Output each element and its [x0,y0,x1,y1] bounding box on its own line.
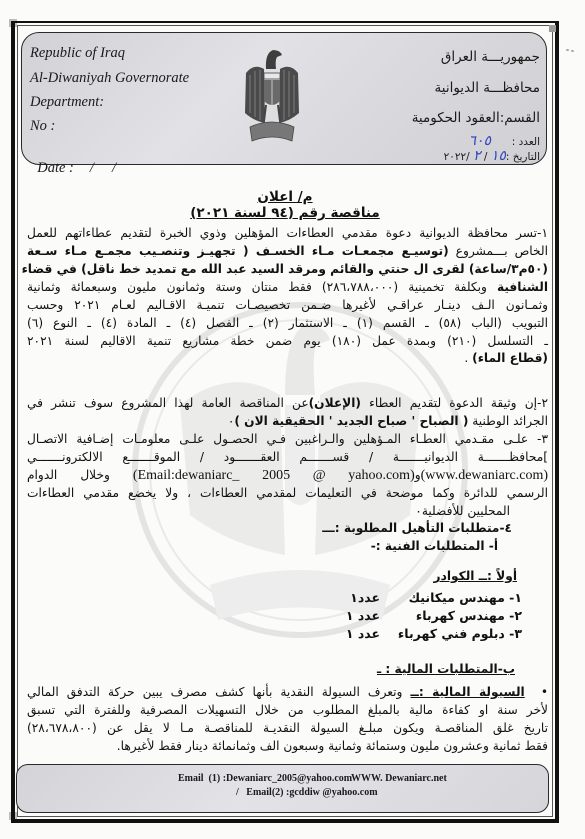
paragraph1-line: ١-تسر محافظة الديوانية دعوة مقدمي العطاء… [27,224,548,242]
project-name-bold: (توسيـع مجمعـات مـاء الخسـف ( تجهيـز وتن… [27,244,449,258]
paragraph3-line: (www.dewaniarc.com)و(Email:dewaniarc_ 20… [27,466,548,484]
paragraph2-line: ٢-إن وثيقة الدعوة لتقديم العطاء (الإعلان… [27,394,548,412]
district-name-bold: الشنافية [497,280,548,294]
financial-line: فقط ثمانية وعشرون مليون وستمائة وثمانية … [117,737,548,755]
header-date-month-handwritten: ٢ [473,148,481,164]
footer-email-2[interactable]: Email(2) :gcddiw @yahoo.com [246,787,377,798]
header-date-label-en: Date : [37,160,74,176]
paragraph1-line: التبويب (الباب (٥٨) ـ القسم (١) ـ الاستث… [27,314,548,332]
text-run: ٢-إن وثيقة الدعوة لتقديم العطاء [361,396,548,410]
paragraph1-line: (قطاع الماء) . [464,349,548,367]
text-run: وخلال الدوام [27,468,110,482]
requirements-heading: ٤-متطلبات التأهيل المطلوبة :ـــ [322,519,512,537]
estimated-cost: وبكلفة تخمينية (٢٨٦،٧٨٨،٠٠٠) فقط منتان و… [27,280,497,294]
header-country-ar: جمهوريـــة العراق [441,48,540,66]
financial-line: • السيولة المالية :ــ وتعرف السيولة النق… [27,683,548,701]
text-run: الجرائد الوطنية [468,414,548,428]
financial-line: تاريخ غلق المناقصـة ويكون مبلـغ السيولة … [27,719,548,737]
tender-title: مناقصة رقم (٩٤ لسنة ٢٠٢١) [185,204,385,222]
website-link[interactable]: (www.dewaniarc.com) [421,468,548,483]
text-run: . [464,351,472,365]
announcement-bold: (الإعلان) [309,396,361,410]
project-scope-bold: (٥٠م٣/ساعة) لقرى ال حنتي والقائم ومرقد ا… [22,262,548,276]
text-run: وثمـانون الـف دينـار عراقـي لأغيرها ضـمن… [27,298,548,312]
staff-heading: أولاً :ــ الكوادر [434,567,517,585]
header-country-en: Republic of Iraq [30,44,125,62]
text-run: ـ التسلسل (٢١٠) وبمدة عمل (١٨٠) يوم ضمن … [27,334,548,348]
header-governorate-en: Al-Diwaniyah Governorate [30,69,189,87]
sector-bold: (قطاع الماء) [472,351,548,365]
bullet-icon: • [541,685,548,699]
frame-corner-shadow [549,25,556,32]
paragraph1-line: وثمـانون الـف دينـار عراقـي لأغيرها ضـمن… [27,296,548,314]
header-department-ar: القسم:العقود الحكومية [412,109,540,127]
staff-item: ٢- مهندس كهرباء عدد ١ [346,607,522,625]
technical-requirements-heading: أ- المتطلبات الفنية :- [371,537,498,555]
financial-line: لأخر سنة او كفاءة مالية بالمبلغ المطلوب … [27,701,548,719]
staff-count: عدد ١ [346,607,380,625]
paragraph3-line: الرسمي للدائرة وكما موضحة في التعليمات ل… [27,484,548,502]
staff-role: ١- مهندس ميكانيك [380,589,522,607]
header-date-year: ٢٠٢٢ [444,151,467,163]
paragraph1-line: الخاص بـــمشروع (توسيـع مجمعـات مـاء الخ… [27,242,548,260]
paragraph3-line: ٣- علـى مقـدمي العطـاء المـؤهلين والـراغ… [27,430,548,448]
footer-email-2-row: / Email(2) :gcddiw @yahoo.com [236,786,378,799]
footer-website[interactable]: WWW. Dewaniarc.net [351,772,447,785]
staff-role: ٣- دبلوم فني كهرباء [380,625,522,643]
header-date-ar: التاريخ :١٥ / ٢ /٢٠٢٢ [444,149,540,164]
paragraph1-line: الشنافية وبكلفة تخمينية (٢٨٦،٧٨٨،٠٠٠) فق… [27,278,548,296]
header-number-ar: العدد : ٦٠٥ [469,134,541,149]
date-separator: / [481,151,491,163]
header-date-day-handwritten: ١٥ [491,148,506,164]
paragraph2-line: الجرائد الوطنية ( الصباح ' صباح الجديد '… [228,412,548,430]
staff-role: ٢- مهندس كهرباء [380,607,522,625]
staff-count: عدد ١ [346,625,380,643]
text-run: وتعرف السيولة النقدية بأنها كشف مصرف يبي… [27,685,411,699]
scan-speck [566,49,569,51]
footer-email-1[interactable]: Email (1) :Dewaniarc_2005@yahoo.com [178,772,352,785]
iraq-eagle-emblem-icon [240,47,304,151]
text-run: عن المناقصة العامة لهذا المشروع سوف تنشر… [27,396,309,410]
paragraph3-line: ]محافظـــــــة الديوانيـــــــة / قســــ… [27,448,548,466]
header-date-placeholder-en: / / [90,160,116,176]
header-number-label-ar: العدد : [512,136,540,148]
staff-count: عدد١ [350,589,380,607]
text-run: ١-تسر محافظة الديوانية دعوة مقدمي العطاء… [27,226,548,240]
header-department-label-en: Department: [30,93,104,111]
header-date-label-ar: التاريخ : [506,151,540,163]
staff-item: ٣- دبلوم فني كهرباء عدد ١ [346,625,522,643]
liquidity-label: السيولة المالية :ــ [411,685,525,699]
text-run: الخاص بـــمشروع [449,244,548,258]
header-number-label-en: No : [30,117,55,135]
header-number-value-handwritten: ٦٠٥ [469,133,492,149]
paragraph1-line: ـ التسلسل (٢١٠) وبمدة عمل (١٨٠) يوم ضمن … [27,332,548,350]
separator: / [236,787,239,798]
budget-classification: التبويب (الباب (٥٨) ـ القسم (١) ـ الاستث… [27,316,548,330]
header-governorate-ar: محافظـــة الديوانية [435,79,540,97]
newspapers-bold: ( الصباح ' صباح الجديد ' الحقيقية الان ) [234,414,468,428]
financial-requirements-heading: ب-المتطلبات المالية : ـ [377,660,515,678]
scan-speck [571,50,574,52]
paragraph3-line: المحليين للأفضلية٠ [415,502,510,520]
header-date-en: Date :/ / [30,141,116,177]
staff-item: ١- مهندس ميكانيك عدد١ [350,589,522,607]
email-link[interactable]: (Email:dewaniarc_ 2005 @ yahoo.com) [133,468,415,483]
paragraph1-line: (٥٠م٣/ساعة) لقرى ال حنتي والقائم ومرقد ا… [27,260,548,278]
